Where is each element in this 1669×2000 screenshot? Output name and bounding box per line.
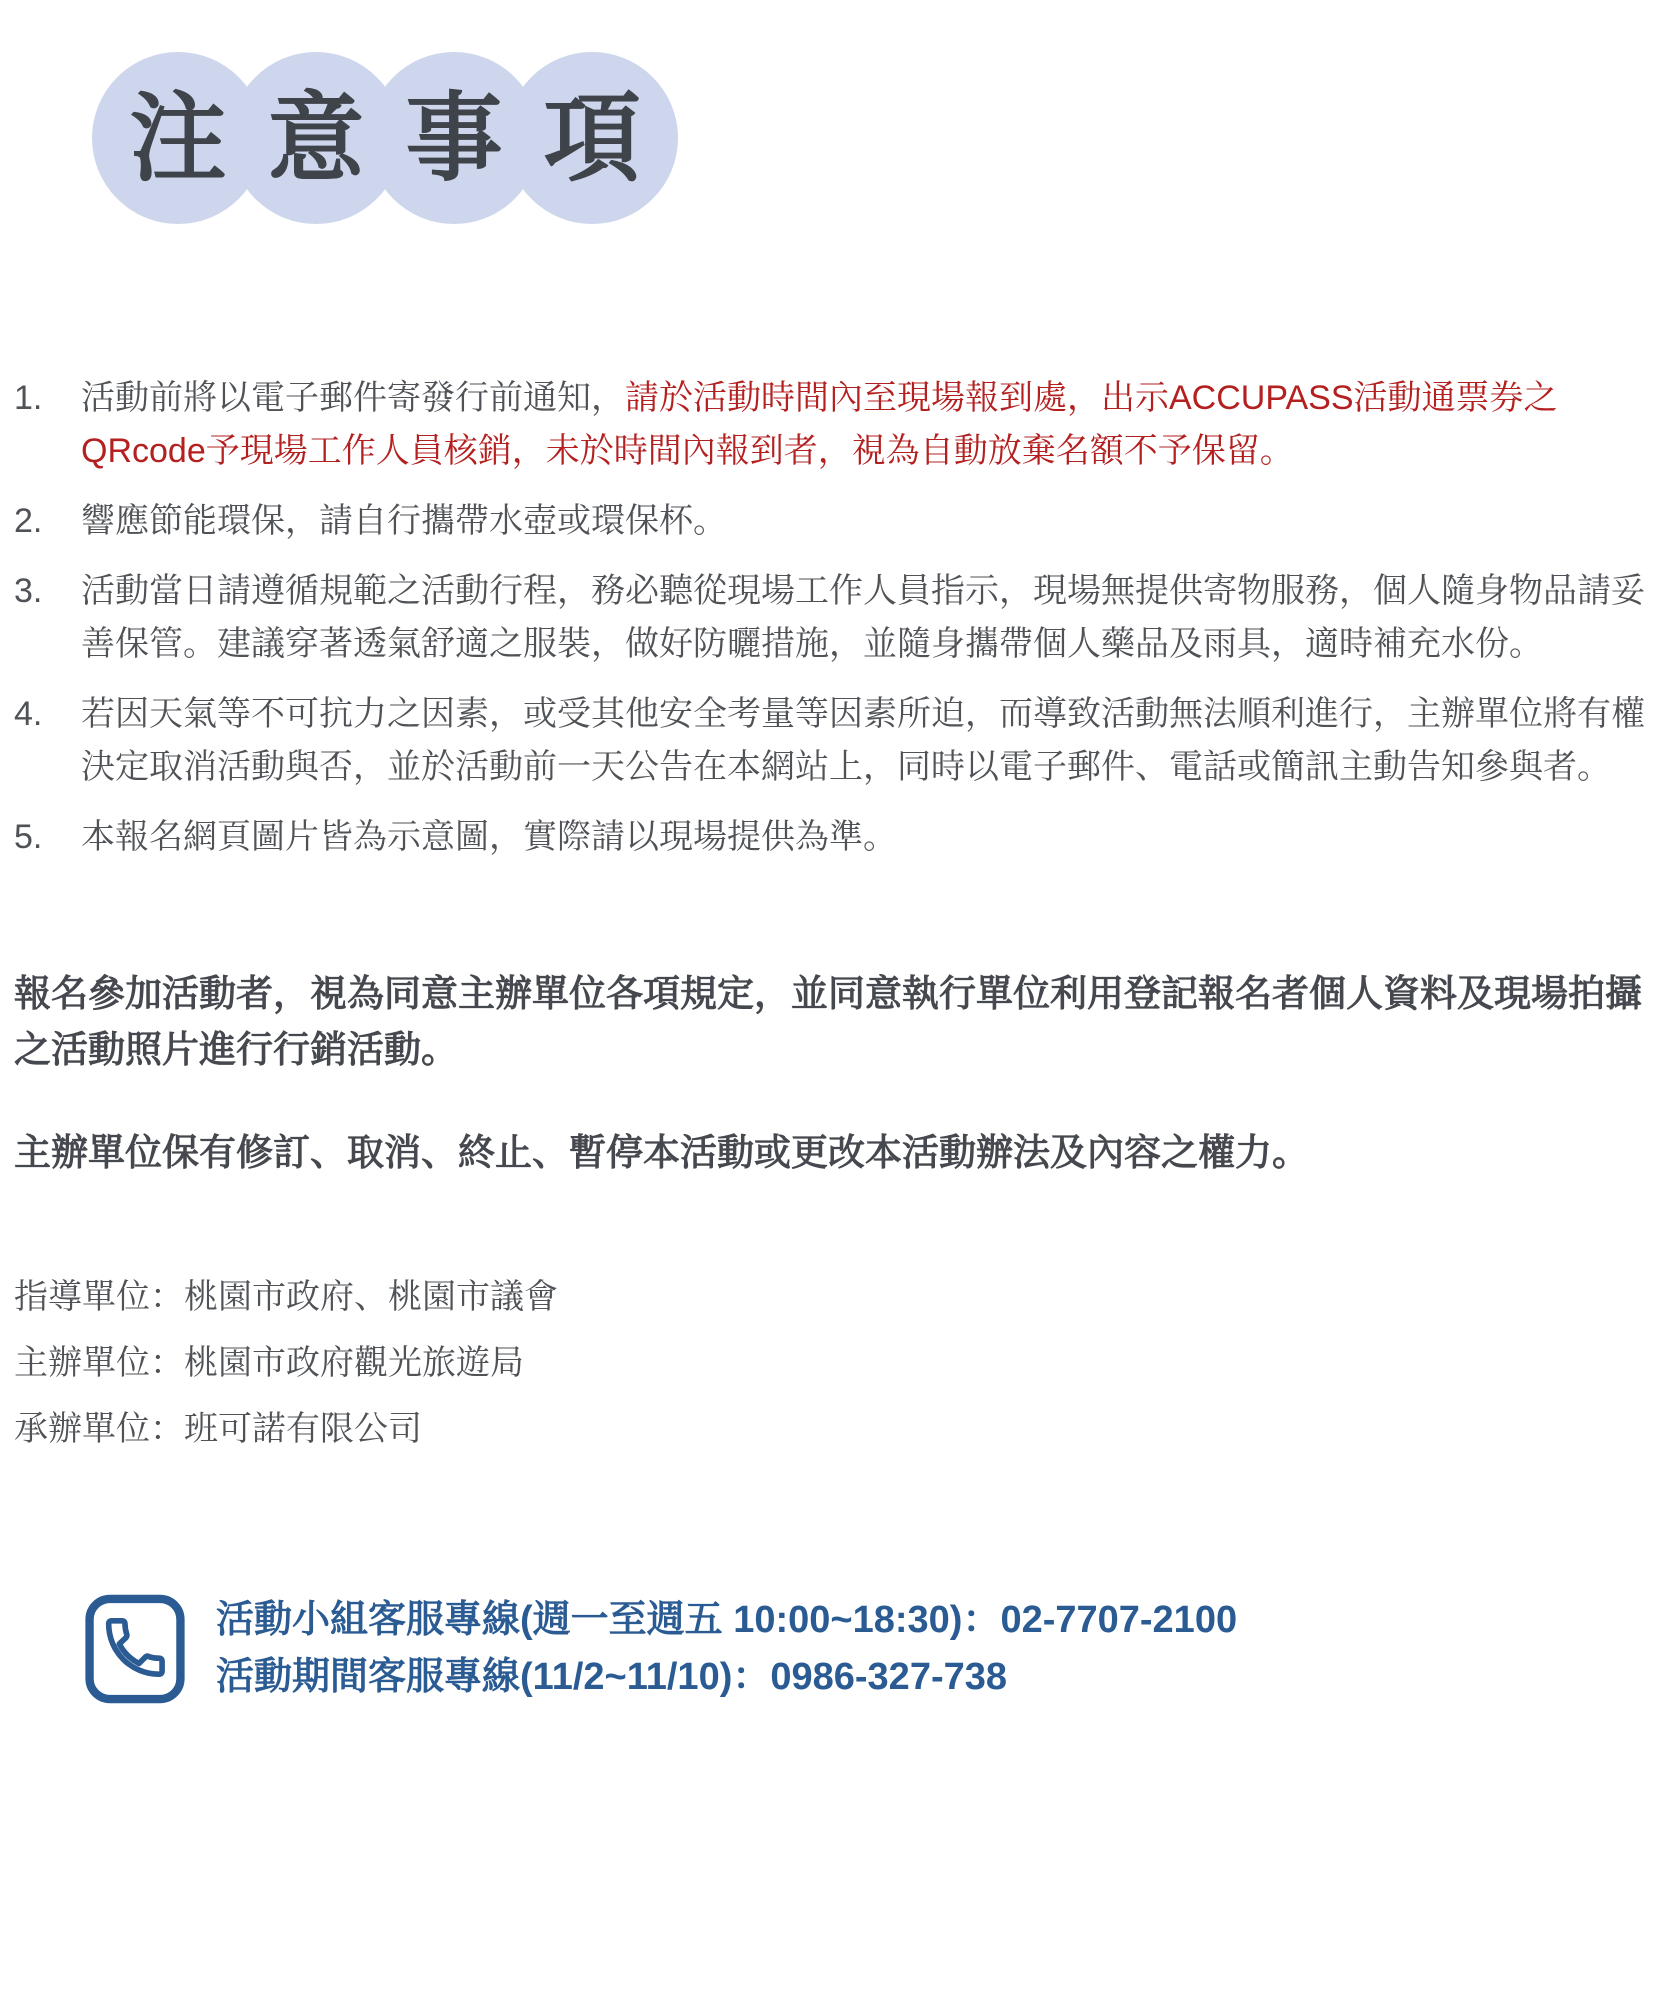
note-item: 5.本報名網頁圖片皆為示意圖，實際請以現場提供為準。	[14, 811, 1653, 864]
note-item: 3.活動當日請遵循規範之活動行程，務必聽從現場工作人員指示，現場無提供寄物服務，…	[14, 565, 1653, 671]
note-text: 活動前將以電子郵件寄發行前通知，請於活動時間內至現場報到處，出示ACCUPASS…	[81, 372, 1653, 478]
note-number: 3.	[14, 565, 81, 671]
note-text-segment: 響應節能環保，請自行攜帶水壺或環保杯。	[81, 502, 727, 540]
note-number: 4.	[14, 688, 81, 794]
title-char: 項	[544, 90, 641, 187]
phone-icon	[84, 1592, 186, 1706]
contact-hotline-event: 活動期間客服專線(11/2~11/10)：0986-327-738	[216, 1649, 1237, 1706]
note-text: 若因天氣等不可抗力之因素，或受其他安全考量等因素所迫，而導致活動無法順利進行，主…	[81, 688, 1653, 794]
note-text: 響應節能環保，請自行攜帶水壺或環保杯。	[81, 495, 1653, 548]
note-text-segment: 活動當日請遵循規範之活動行程，務必聽從現場工作人員指示，現場無提供寄物服務，個人…	[81, 572, 1645, 663]
note-number: 2.	[14, 495, 81, 548]
note-number: 1.	[14, 372, 81, 478]
note-item: 1.活動前將以電子郵件寄發行前通知，請於活動時間內至現場報到處，出示ACCUPA…	[14, 372, 1653, 478]
note-text-segment: 活動前將以電子郵件寄發行前通知，	[81, 379, 625, 417]
note-text: 活動當日請遵循規範之活動行程，務必聽從現場工作人員指示，現場無提供寄物服務，個人…	[81, 565, 1653, 671]
organizer-line-host: 主辦單位：桃園市政府觀光旅遊局	[14, 1341, 1653, 1387]
title-circle: 項	[506, 52, 678, 224]
note-item: 2.響應節能環保，請自行攜帶水壺或環保杯。	[14, 495, 1653, 548]
page-title: 注 意 事 項	[0, 0, 1669, 224]
organizer-line-executor: 承辦單位：班可諾有限公司	[14, 1407, 1653, 1453]
notes-list: 1.活動前將以電子郵件寄發行前通知，請於活動時間內至現場報到處，出示ACCUPA…	[14, 372, 1653, 864]
note-number: 5.	[14, 811, 81, 864]
agreement-paragraph-consent: 報名參加活動者，視為同意主辦單位各項規定，並同意執行單位利用登記報名者個人資料及…	[14, 966, 1653, 1077]
contact-section: 活動小組客服專線(週一至週五 10:00~18:30)：02-7707-2100…	[84, 1592, 1669, 1706]
agreement-section: 報名參加活動者，視為同意主辦單位各項規定，並同意執行單位利用登記報名者個人資料及…	[14, 966, 1653, 1181]
note-item: 4.若因天氣等不可抗力之因素，或受其他安全考量等因素所迫，而導致活動無法順利進行…	[14, 688, 1653, 794]
contact-lines: 活動小組客服專線(週一至週五 10:00~18:30)：02-7707-2100…	[216, 1592, 1237, 1706]
title-char: 事	[406, 90, 503, 187]
organizer-line-advisor: 指導單位：桃園市政府、桃園市議會	[14, 1275, 1653, 1321]
organizers-section: 指導單位：桃園市政府、桃園市議會 主辦單位：桃園市政府觀光旅遊局 承辦單位：班可…	[14, 1275, 1653, 1453]
title-char: 注	[130, 90, 227, 187]
note-text-segment: 本報名網頁圖片皆為示意圖，實際請以現場提供為準。	[81, 818, 897, 856]
title-char: 意	[268, 90, 365, 187]
agreement-paragraph-rights: 主辦單位保有修訂、取消、終止、暫停本活動或更改本活動辦法及內容之權力。	[14, 1125, 1653, 1181]
contact-hotline-office: 活動小組客服專線(週一至週五 10:00~18:30)：02-7707-2100	[216, 1592, 1237, 1649]
note-text-segment: 若因天氣等不可抗力之因素，或受其他安全考量等因素所迫，而導致活動無法順利進行，主…	[81, 695, 1645, 786]
note-text: 本報名網頁圖片皆為示意圖，實際請以現場提供為準。	[81, 811, 1653, 864]
